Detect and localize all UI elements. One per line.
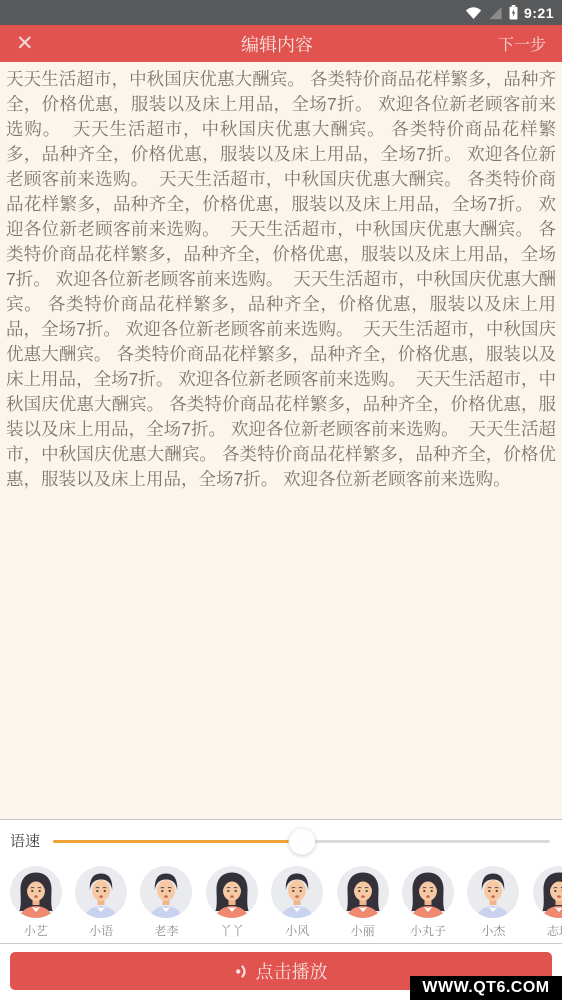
status-time: 9:21 — [524, 5, 554, 21]
battery-charging-icon — [509, 5, 518, 20]
speed-row: 语速 — [0, 821, 562, 860]
voice-item[interactable]: 小艺 — [3, 866, 68, 943]
voice-item[interactable]: 丫丫 — [199, 866, 264, 943]
status-bar: 9:21 — [0, 0, 562, 25]
voice-name: 小丽 — [330, 922, 395, 939]
voice-item[interactable]: 小杰 — [461, 866, 526, 943]
app-bar: ✕ 编辑内容 下一步 — [0, 25, 562, 62]
voice-avatar — [134, 866, 199, 918]
no-signal-icon — [488, 6, 503, 20]
close-icon[interactable]: ✕ — [16, 33, 56, 54]
voice-name: 志玲 — [526, 922, 562, 939]
voice-avatar — [330, 866, 395, 918]
voice-item[interactable]: 小丸子 — [395, 866, 460, 943]
voice-avatar — [265, 866, 330, 918]
voice-list: 小艺小语老李丫丫小风小丽小丸子小杰志玲 — [0, 860, 562, 944]
play-button-label: 点击播放 — [256, 958, 328, 984]
speed-label: 语速 — [10, 830, 40, 851]
voice-name: 小杰 — [461, 922, 526, 939]
voice-avatar — [199, 866, 264, 918]
page-title: 编辑内容 — [56, 31, 498, 57]
voice-avatar — [395, 866, 460, 918]
voice-item[interactable]: 老李 — [134, 866, 199, 943]
voice-item[interactable]: 小风 — [265, 866, 330, 943]
speed-slider[interactable] — [53, 827, 550, 855]
voice-name: 小语 — [68, 922, 133, 939]
voice-name: 老李 — [134, 922, 199, 939]
voice-name: 小风 — [265, 922, 330, 939]
next-step-button[interactable]: 下一步 — [498, 32, 546, 55]
speed-slider-handle[interactable] — [288, 828, 315, 855]
voice-item[interactable]: 志玲 — [526, 866, 562, 943]
voice-name: 小艺 — [3, 922, 68, 939]
voice-item[interactable]: 小语 — [68, 866, 133, 943]
voice-avatar — [68, 866, 133, 918]
voice-avatar — [461, 866, 526, 918]
speed-slider-fill — [53, 840, 301, 843]
voice-avatar — [526, 866, 562, 918]
content-editor[interactable]: 天天生活超市，中秋国庆优惠大酬宾。 各类特价商品花样繁多，品种齐全，价格优惠，服… — [0, 62, 562, 820]
app-screen: 9:21 ✕ 编辑内容 下一步 天天生活超市，中秋国庆优惠大酬宾。 各类特价商品… — [0, 0, 562, 1000]
voice-name: 丫丫 — [199, 922, 264, 939]
sound-wave-icon — [235, 963, 248, 980]
voice-name: 小丸子 — [395, 922, 460, 939]
watermark: WWW.QT6.COM — [410, 976, 562, 1000]
voice-item[interactable]: 小丽 — [330, 866, 395, 943]
wifi-icon — [465, 6, 482, 20]
voice-avatar — [3, 866, 68, 918]
